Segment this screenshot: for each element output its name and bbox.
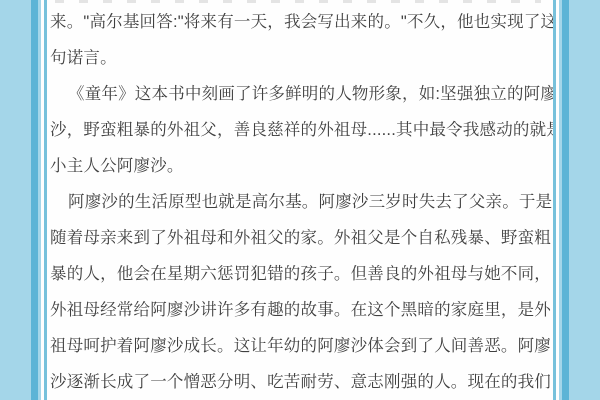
clipped-text-top xyxy=(55,0,541,3)
frame-stripe-inner-left xyxy=(44,0,47,400)
page-background: 来。"高尔基回答:"将来有一天，我会写出来的。"不久，他也实现了这 句诺言。 《… xyxy=(0,0,600,400)
text-line: 随着母亲来到了外祖母和外祖父的家。外祖父是个自私残暴、野蛮粗 xyxy=(50,220,553,256)
text-line: 句诺言。 xyxy=(50,40,553,76)
text-line: 来。"高尔基回答:"将来有一天，我会写出来的。"不久，他也实现了这 xyxy=(50,4,553,40)
frame-stripe-outer-right xyxy=(562,0,569,400)
text-line: 祖母呵护着阿廖沙成长。这让年幼的阿廖沙体会到了人间善恶。阿廖 xyxy=(50,328,553,364)
text-line: 暴的人，他会在星期六惩罚犯错的孩子。但善良的外祖母与她不同， xyxy=(50,256,553,292)
frame-stripe-outer-left xyxy=(31,0,38,400)
text-line: 阿廖沙的生活原型也就是高尔基。阿廖沙三岁时失去了父亲。于是 xyxy=(50,184,553,220)
text-line: 沙逐渐长成了一个憎恶分明、吃苦耐劳、意志刚强的人。现在的我们 xyxy=(50,364,553,400)
frame-stripe-inner-right xyxy=(553,0,556,400)
text-line: 《童年》这本书中刻画了许多鲜明的人物形象，如:坚强独立的阿廖 xyxy=(50,76,553,112)
text-line: 小主人公阿廖沙。 xyxy=(50,148,553,184)
text-line: 外祖母经常给阿廖沙讲许多有趣的故事。在这个黑暗的家庭里，是外 xyxy=(50,292,553,328)
text-line: 沙，野蛮粗暴的外祖父，善良慈祥的外祖母......其中最令我感动的就是 xyxy=(50,112,553,148)
essay-text: 来。"高尔基回答:"将来有一天，我会写出来的。"不久，他也实现了这 句诺言。 《… xyxy=(50,4,553,400)
document-card: 来。"高尔基回答:"将来有一天，我会写出来的。"不久，他也实现了这 句诺言。 《… xyxy=(41,0,559,400)
